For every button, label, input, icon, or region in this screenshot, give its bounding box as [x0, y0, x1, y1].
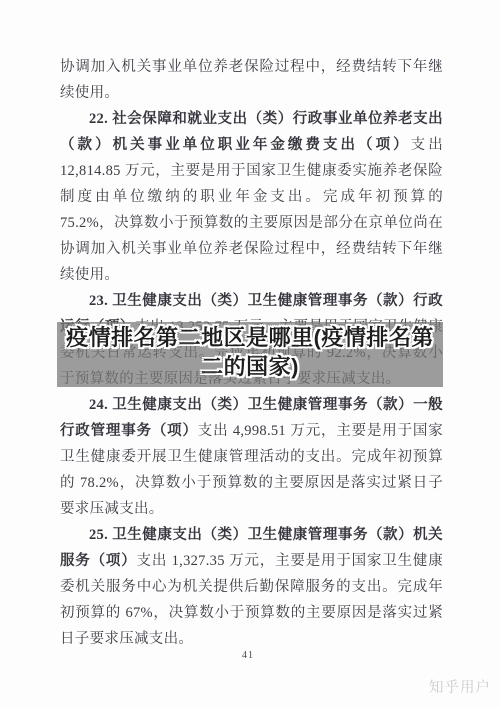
- page-number: 41: [242, 650, 254, 661]
- overlay-headline-line2: 二的国家): [201, 354, 299, 379]
- document-page: 协调加入机关事业单位养老保险过程中，经费结转下年继续使用。22. 社会保障和就业…: [0, 0, 500, 707]
- watermark-label: 知乎用户: [429, 676, 491, 697]
- paragraph: 协调加入机关事业单位养老保险过程中，经费结转下年继续使用。: [60, 54, 443, 106]
- paragraph: 22. 社会保障和就业支出（类）行政事业单位养老支出（款）机关事业单位职业年金缴…: [60, 106, 443, 288]
- paragraph: 24. 卫生健康支出（类）卫生健康管理事务（款）一般行政管理事务（项）支出 4,…: [60, 392, 443, 522]
- paragraph-text: 协调加入机关事业单位养老保险过程中，经费结转下年继续使用。: [60, 59, 443, 101]
- overlay-headline: 疫情排名第二地区是哪里(疫情排名第 二的国家): [40, 323, 460, 381]
- overlay-headline-line1: 疫情排名第二地区是哪里(疫情排名第: [66, 325, 434, 350]
- paragraph-heading: 22. 社会保障和就业支出（类）行政事业单位养老支出（款）机关事业单位职业年金缴…: [60, 111, 443, 153]
- paragraph-text: 支出 12,814.85 万元，主要是用于国家卫生健康委实施养老保险制度由单位缴…: [60, 137, 443, 283]
- paragraph: 25. 卫生健康支出（类）卫生健康管理事务（款）机关服务（项）支出 1,327.…: [60, 522, 443, 652]
